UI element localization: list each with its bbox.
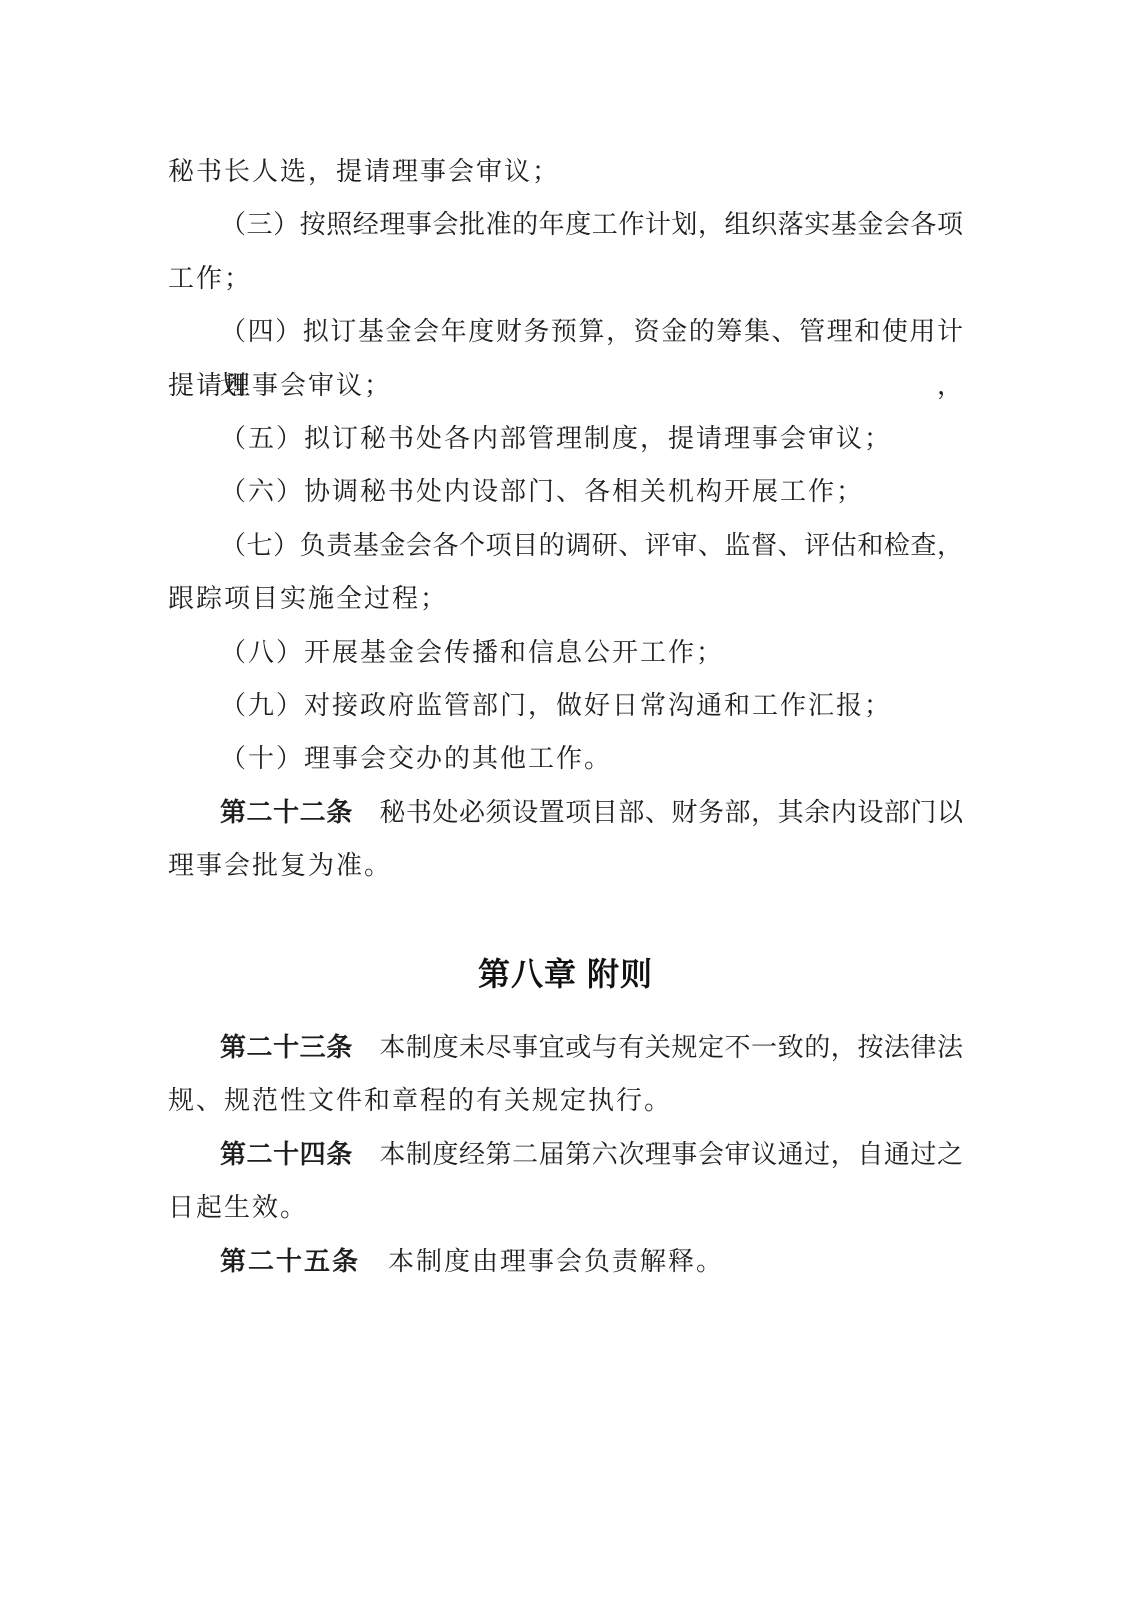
text-line: 跟踪项目实施全过程； (168, 572, 963, 625)
text-line: 第二十二条 秘书处必须设置项目部、财务部，其余内设部门以 (168, 786, 963, 839)
article-text: 本制度经第二届第六次理事会审议通过，自通过之 (353, 1140, 963, 1169)
text-line: （三）按照经理事会批准的年度工作计划，组织落实基金会各项 (168, 198, 963, 251)
text-line: 第二十四条 本制度经第二届第六次理事会审议通过，自通过之 (168, 1128, 963, 1181)
article-text: 本制度由理事会负责解释。 (360, 1247, 724, 1276)
article-text: 秘书处必须设置项目部、财务部，其余内设部门以 (353, 798, 963, 827)
text-line: （六）协调秘书处内设部门、各相关机构开展工作； (168, 465, 963, 518)
document-page: 秘书长人选，提请理事会审议； （三）按照经理事会批准的年度工作计划，组织落实基金… (0, 0, 1131, 1600)
article-number: 第二十五条 (220, 1247, 360, 1276)
text-line: （九）对接政府监管部门，做好日常沟通和工作汇报； (168, 679, 963, 732)
chapter-heading: 第八章 附则 (0, 950, 1131, 998)
text-line: 规、规范性文件和章程的有关规定执行。 (168, 1074, 963, 1127)
article-number: 第二十三条 (220, 1033, 353, 1062)
text-line: （十）理事会交办的其他工作。 (168, 732, 963, 785)
text-line: （八）开展基金会传播和信息公开工作； (168, 626, 963, 679)
text-line: 工作； (168, 252, 963, 305)
text-line: 理事会批复为准。 (168, 839, 963, 892)
section-supplementary-provisions: 第二十三条 本制度未尽事宜或与有关规定不一致的，按法律法 规、规范性文件和章程的… (168, 1021, 963, 1288)
section-secretariat-duties: 秘书长人选，提请理事会审议； （三）按照经理事会批准的年度工作计划，组织落实基金… (168, 145, 963, 892)
text-line: （七）负责基金会各个项目的调研、评审、监督、评估和检查， (168, 519, 963, 572)
text-line: 日起生效。 (168, 1181, 963, 1234)
text-line: 第二十五条 本制度由理事会负责解释。 (168, 1235, 963, 1288)
text-line: 第二十三条 本制度未尽事宜或与有关规定不一致的，按法律法 (168, 1021, 963, 1074)
text-line: 秘书长人选，提请理事会审议； (168, 145, 963, 198)
article-number: 第二十二条 (220, 798, 353, 827)
article-text: 本制度未尽事宜或与有关规定不一致的，按法律法 (353, 1033, 963, 1062)
article-number: 第二十四条 (220, 1140, 353, 1169)
text-line: （四）拟订基金会年度财务预算，资金的筹集、管理和使用计划， (168, 305, 963, 358)
text-line: （五）拟订秘书处各内部管理制度，提请理事会审议； (168, 412, 963, 465)
